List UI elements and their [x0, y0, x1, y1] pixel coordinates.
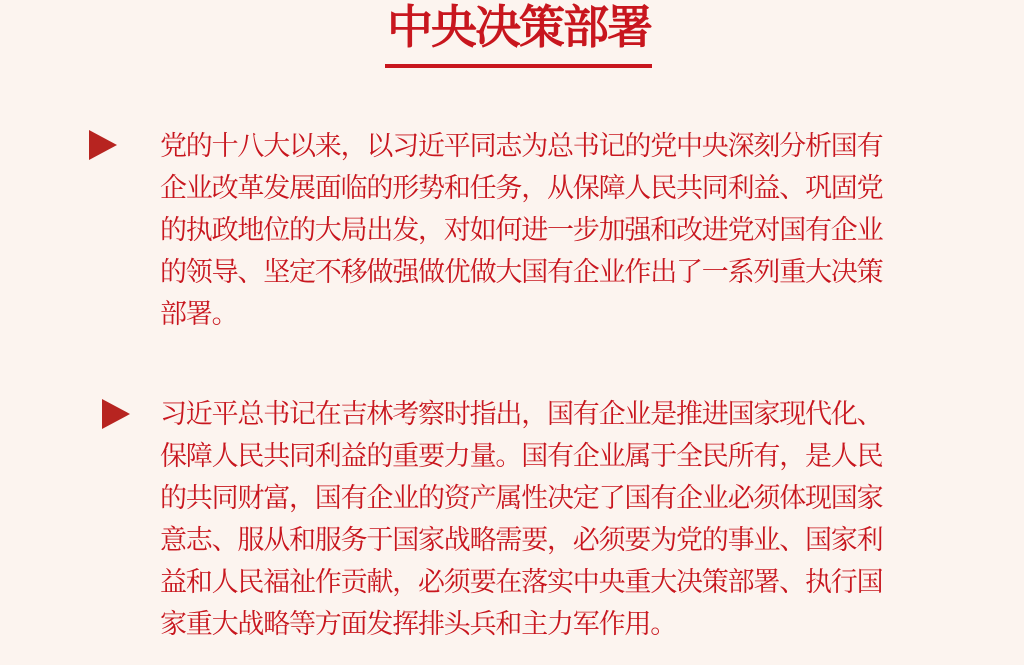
paragraph-line: 党的十八大以来，以习近平同志为总书记的党中央深刻分析国有	[160, 126, 940, 168]
triangle-right-icon	[89, 130, 117, 160]
paragraph-line: 的执政地位的大局出发，对如何进一步加强和改进党对国有企业	[160, 210, 940, 252]
triangle-right-icon	[102, 399, 130, 429]
paragraph-line: 意志、服从和服务于国家战略需要，必须要为党的事业、国家利	[160, 520, 940, 562]
paragraph-line: 企业改革发展面临的形势和任务，从保障人民共同利益、巩固党	[160, 168, 940, 210]
paragraph-line: 家重大战略等方面发挥排头兵和主力军作用。	[160, 604, 940, 646]
paragraph-line: 部署。	[160, 294, 940, 336]
paragraph-central-decision: 党的十八大以来，以习近平同志为总书记的党中央深刻分析国有 企业改革发展面临的形势…	[160, 126, 940, 336]
paragraph-jilin-inspection: 习近平总书记在吉林考察时指出，国有企业是推进国家现代化、 保障人民共同利益的重要…	[160, 394, 940, 646]
paragraph-line: 的共同财富，国有企业的资产属性决定了国有企业必须体现国家	[160, 478, 940, 520]
paragraph-line: 习近平总书记在吉林考察时指出，国有企业是推进国家现代化、	[160, 394, 940, 436]
paragraph-line: 的领导、坚定不移做强做优做大国有企业作出了一系列重大决策	[160, 252, 940, 294]
paragraph-line: 保障人民共同利益的重要力量。国有企业属于全民所有，是人民	[160, 436, 940, 478]
page-title: 中央决策部署	[386, 0, 652, 54]
paragraph-line: 益和人民福祉作贡献，必须要在落实中央重大决策部署、执行国	[160, 562, 940, 604]
title-underline	[385, 64, 652, 68]
